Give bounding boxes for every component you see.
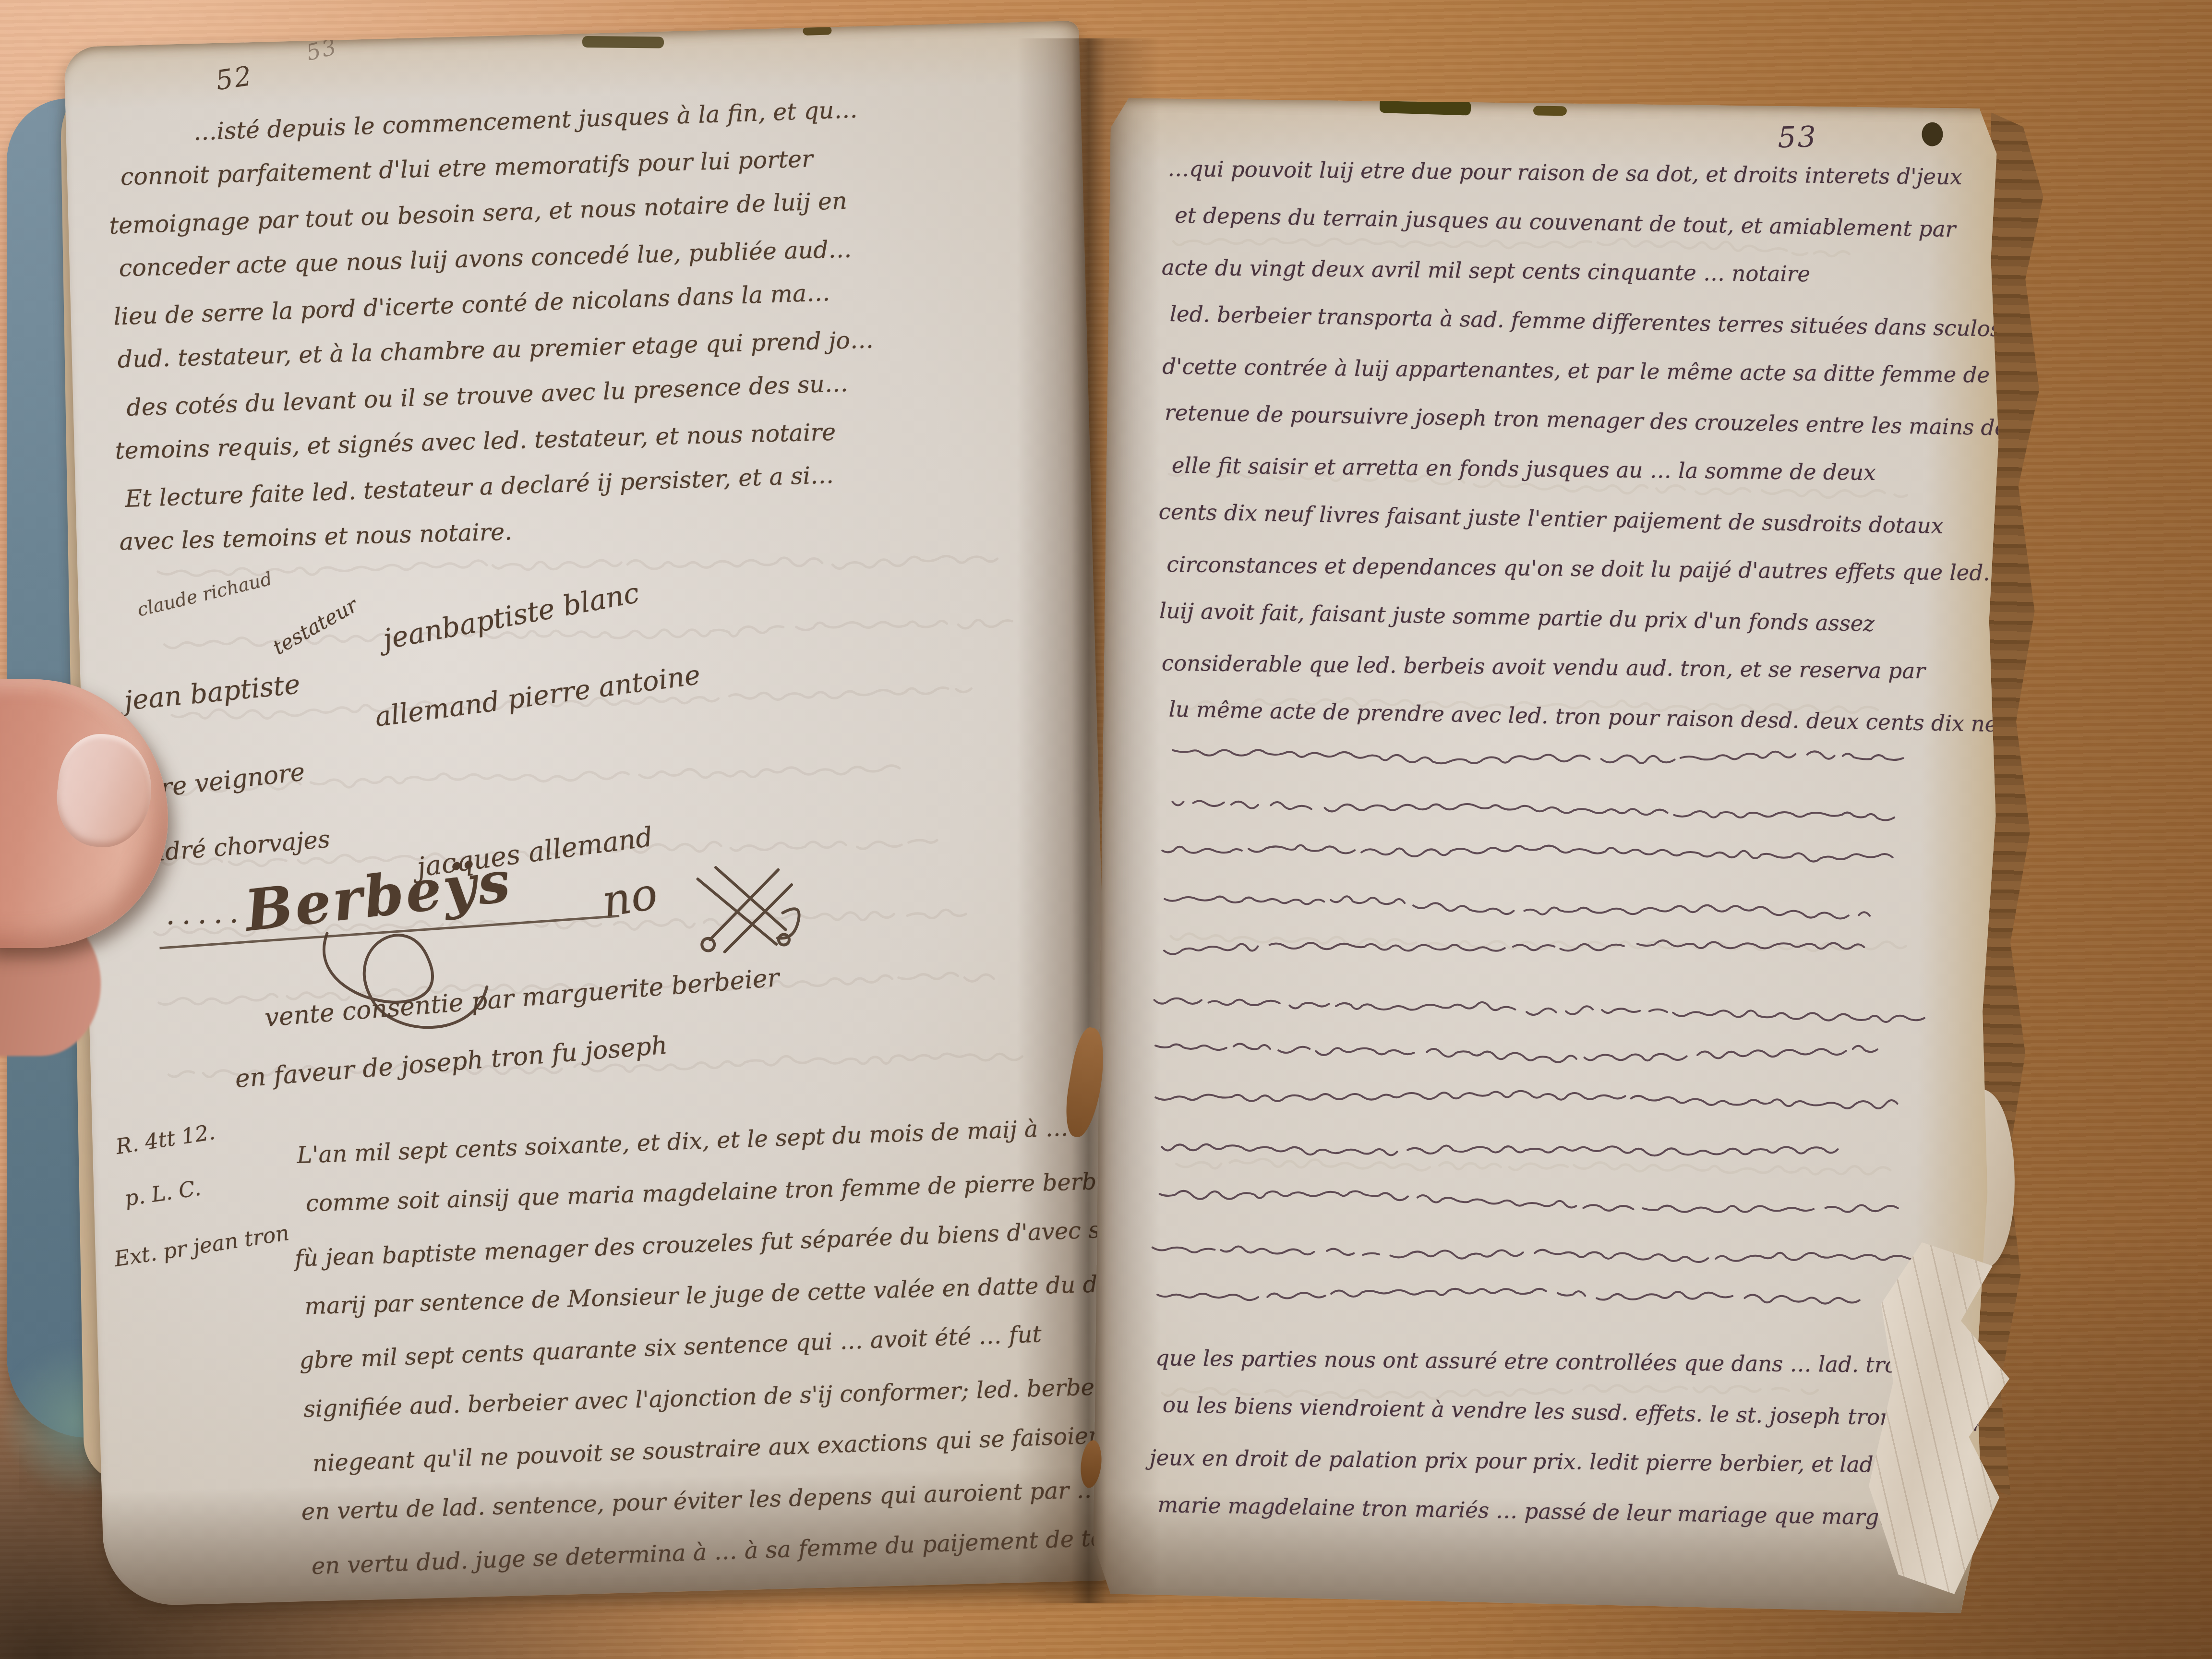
left-page-folio-52: 52 53 …isté depuis le commencement jusqu… xyxy=(64,21,1119,1607)
tabellion-mark-icon xyxy=(687,855,801,963)
notary-suffix: no xyxy=(599,867,661,927)
illegible-handwriting-lines xyxy=(1093,98,2006,1614)
signature-leading-dots: ····· xyxy=(166,904,246,940)
thumbnail xyxy=(52,730,156,852)
photo-open-manuscript-register: meuNouallaaitou a 52 53 …isté depuis le … xyxy=(0,0,2212,1659)
right-page-folio-53: 53 …qui pouvoit luij etre due pour raiso… xyxy=(1093,98,2006,1614)
